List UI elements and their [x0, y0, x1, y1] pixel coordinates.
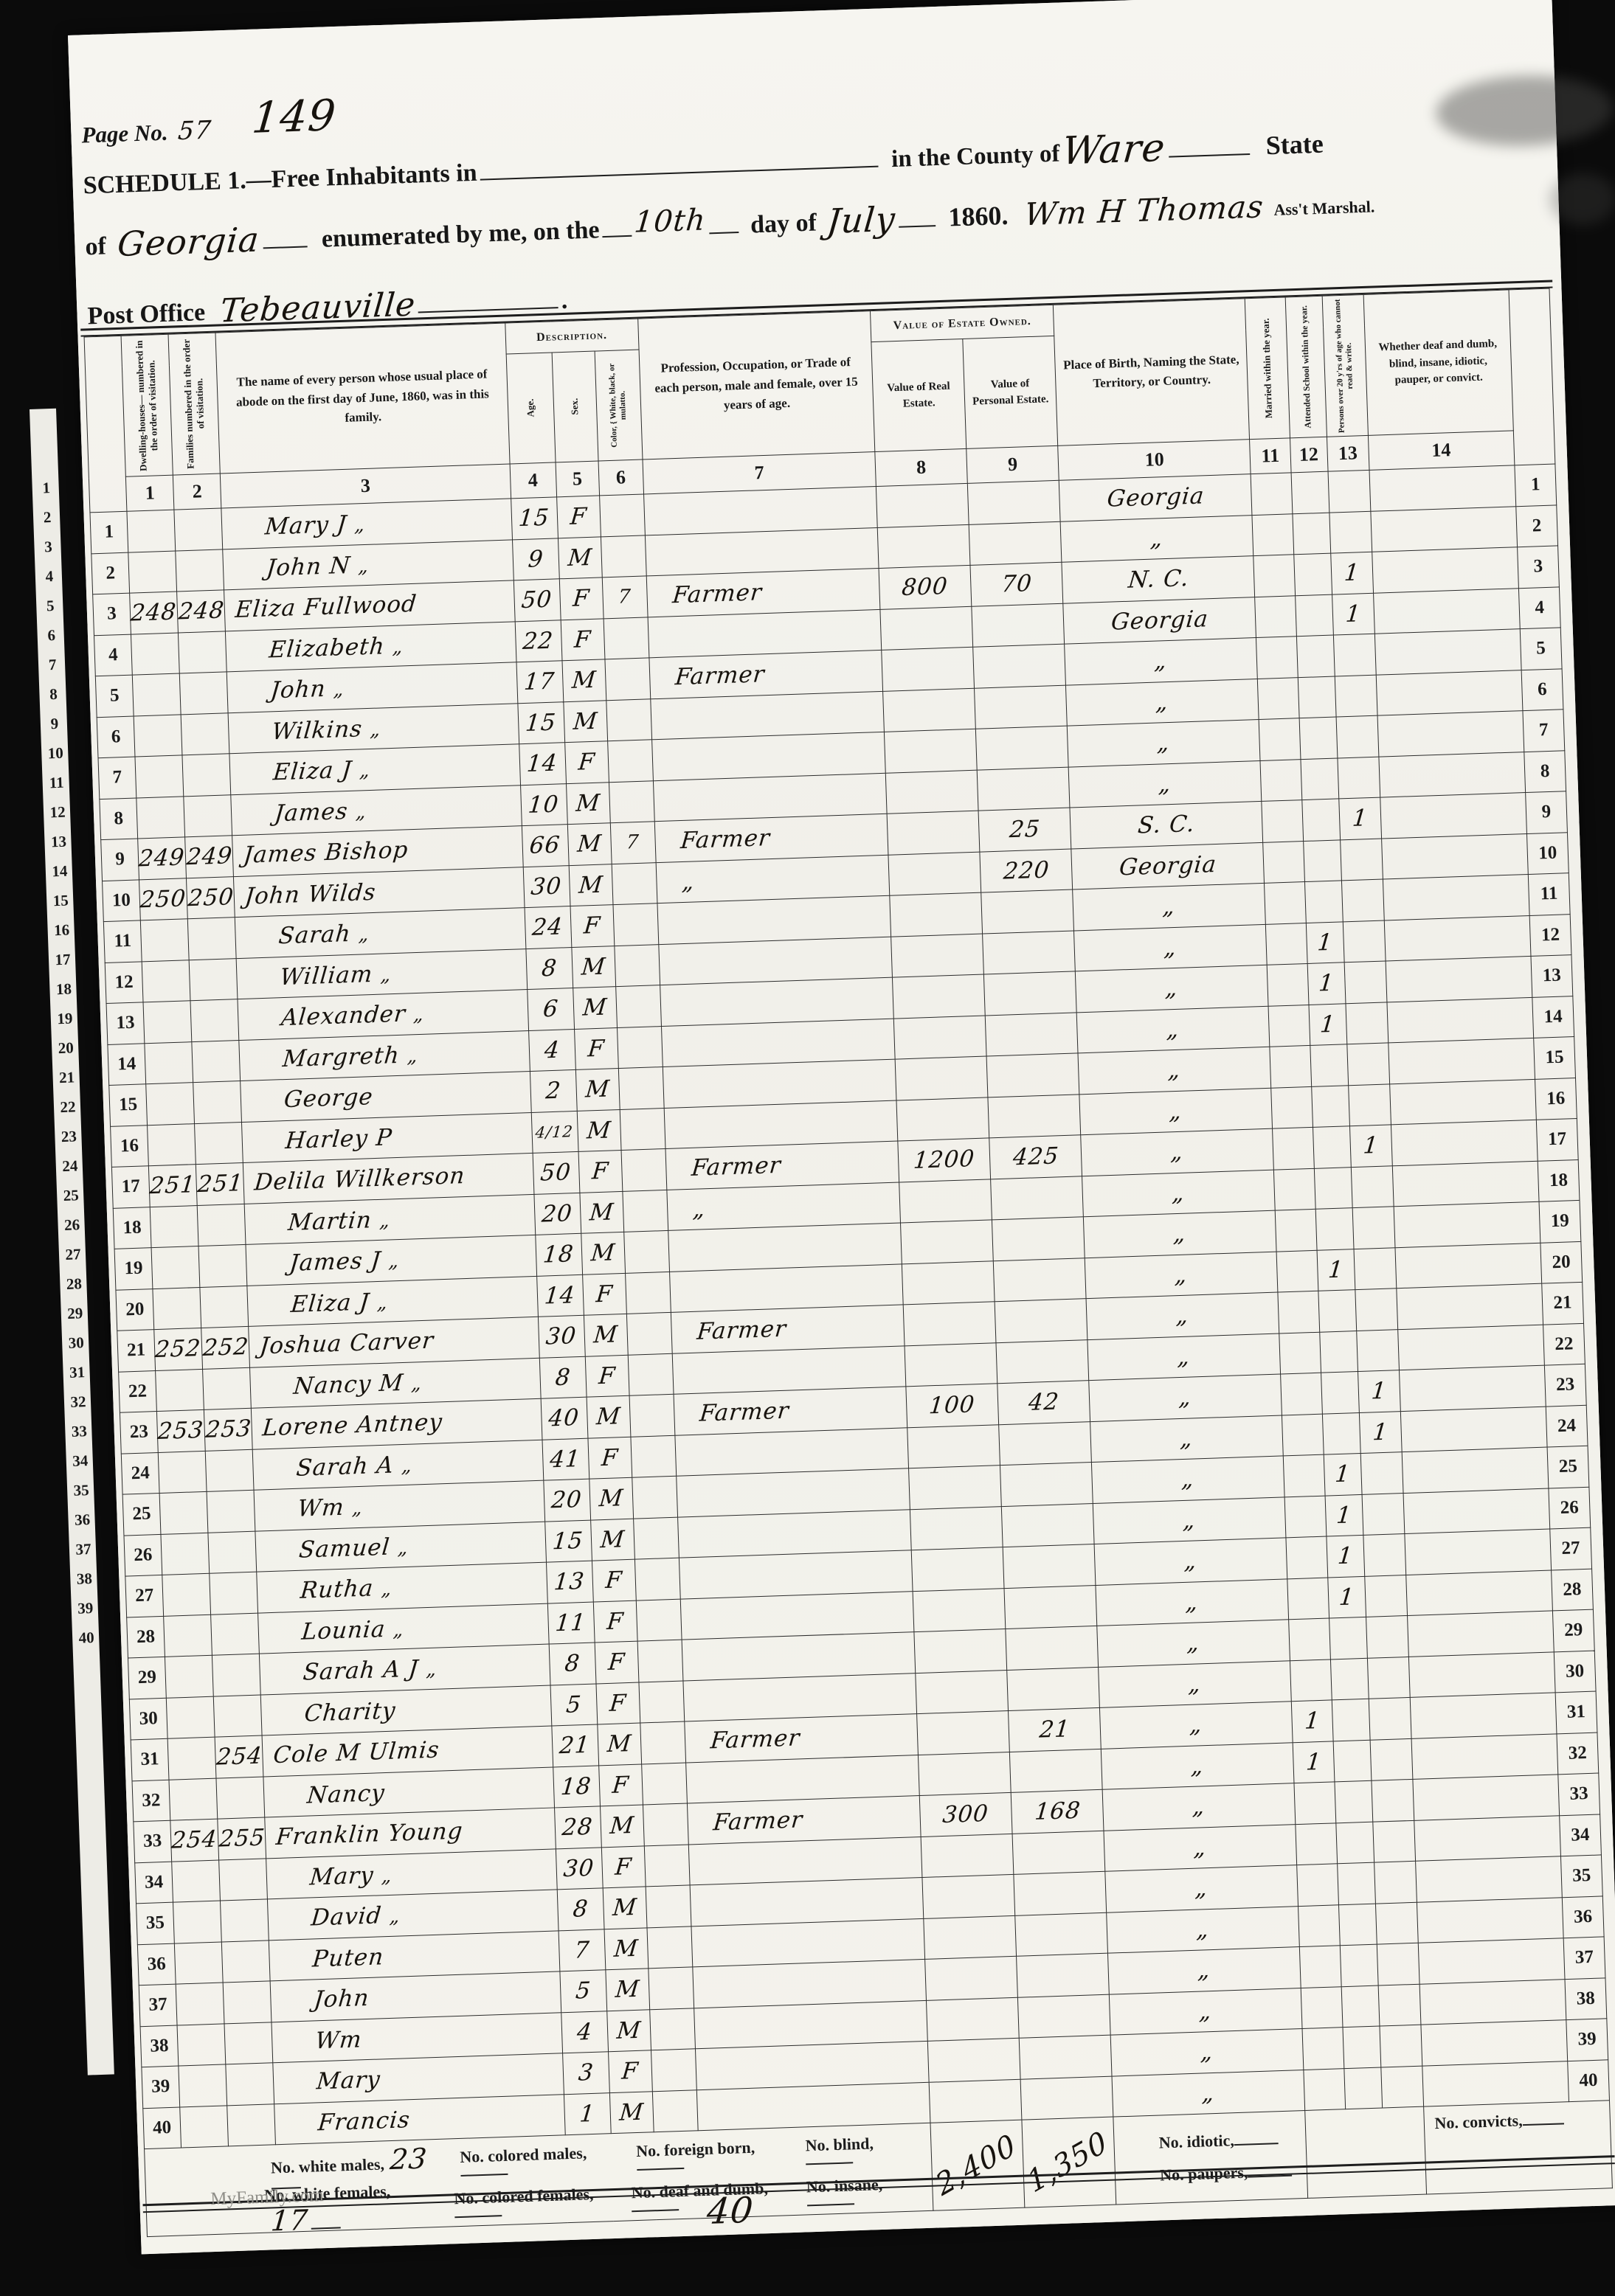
cell-age: 4 — [528, 1029, 575, 1072]
row-number-right: 15 — [1533, 1037, 1575, 1079]
cell-color: 7 — [610, 822, 656, 864]
row-number-left: 31 — [131, 1738, 169, 1780]
cell-family — [213, 1695, 262, 1738]
cell-sex: F — [578, 1150, 623, 1192]
cell-dwelling — [167, 1737, 216, 1780]
facing-row-number: 5 — [41, 597, 60, 616]
cell-attended-school — [1311, 1085, 1349, 1127]
facing-row-number: 34 — [70, 1452, 90, 1471]
column-number: 12 — [1290, 437, 1328, 473]
cell-cannot-read — [1355, 1289, 1397, 1331]
cell-cannot-read — [1354, 1247, 1397, 1289]
cell-color — [623, 1190, 668, 1232]
header-age: Age. — [506, 353, 556, 464]
cell-condition — [1373, 588, 1520, 634]
cell-age: 17 — [516, 661, 564, 704]
cell-family: 251 — [196, 1162, 244, 1205]
cell-real-estate — [883, 688, 976, 732]
cell-cannot-read — [1374, 1861, 1417, 1903]
census-page: Page No. 57 149 SCHEDULE 1.—Free Inhabit… — [68, 0, 1615, 2254]
cell-personal-estate — [973, 644, 1066, 688]
cell-real-estate — [896, 1097, 989, 1141]
cell-attended-school — [1340, 1944, 1378, 1986]
footer-idiotic-paupers: No. idiotic, No. paupers, — [1113, 2110, 1308, 2205]
cell-family — [198, 1244, 247, 1287]
cell-age: 22 — [515, 620, 562, 662]
cell-sex: M — [567, 823, 612, 865]
cell-color — [634, 1558, 680, 1600]
facing-row-number: 32 — [69, 1392, 89, 1412]
cell-dwelling — [134, 714, 182, 757]
cell-cannot-read — [1372, 1779, 1414, 1821]
row-number-left: 5 — [95, 675, 134, 717]
facing-row-number: 13 — [49, 833, 69, 852]
facing-row-number: 24 — [60, 1156, 80, 1176]
cell-dwelling — [143, 1001, 192, 1044]
cell-condition — [1397, 1325, 1544, 1370]
cell-condition — [1400, 1407, 1547, 1452]
facing-row-number: 14 — [49, 862, 69, 881]
cell-color — [617, 1026, 663, 1068]
cell-real-estate — [887, 811, 980, 855]
cell-age: 24 — [525, 906, 572, 949]
cell-sex: F — [561, 618, 605, 660]
cell-dwelling — [131, 632, 180, 675]
cell-sex: F — [564, 741, 609, 783]
cell-sex: M — [569, 864, 613, 906]
row-number-right: 39 — [1566, 2019, 1608, 2061]
facing-row-number: 36 — [72, 1511, 92, 1530]
cell-birthplace: „ — [1093, 1496, 1286, 1544]
cell-birthplace: „ — [1081, 1128, 1274, 1176]
cell-married-within-year — [1255, 595, 1296, 637]
header-condition: Whether deaf and dumb, blind, insane, id… — [1363, 290, 1513, 435]
cell-married-within-year — [1252, 513, 1293, 555]
cell-married-within-year — [1304, 2068, 1345, 2110]
cell-age: 15 — [544, 1520, 592, 1563]
cell-married-within-year — [1300, 1946, 1341, 1988]
cell-married-within-year — [1259, 718, 1301, 760]
cell-age: 11 — [547, 1602, 595, 1645]
facing-row-number: 38 — [75, 1570, 94, 1589]
facing-row-number: 37 — [74, 1540, 94, 1559]
facing-row-number: 7 — [43, 656, 63, 675]
row-number-left: 29 — [128, 1657, 166, 1699]
cell-dwelling — [180, 2105, 229, 2148]
cell-attended-school — [1335, 1822, 1374, 1864]
row-number-left: 8 — [100, 797, 138, 839]
cell-attended-school — [1321, 1372, 1359, 1414]
cell-cannot-read — [1352, 1207, 1395, 1249]
cell-condition — [1407, 1611, 1554, 1657]
cell-condition — [1379, 752, 1526, 797]
cell-condition — [1417, 1897, 1563, 1943]
county-label: in the County of — [891, 141, 1060, 173]
cell-sex: M — [604, 1927, 649, 1969]
row-number-left: 15 — [109, 1084, 148, 1126]
cell-family — [221, 1899, 269, 1942]
cell-dwelling: 254 — [170, 1819, 219, 1862]
column-number: 13 — [1327, 435, 1369, 471]
cell-personal-estate — [992, 1217, 1085, 1261]
cell-condition — [1419, 1979, 1566, 2025]
cell-age: 8 — [557, 1888, 604, 1931]
row-number-right: 30 — [1554, 1651, 1596, 1693]
cell-dwelling — [151, 1246, 200, 1289]
cell-personal-estate — [995, 1299, 1087, 1343]
cell-married-within-year — [1301, 1986, 1343, 2028]
facing-row-number: 22 — [58, 1097, 78, 1117]
cell-attended-school — [1292, 513, 1330, 555]
cell-family: 253 — [204, 1408, 252, 1451]
cell-cannot-read: 1 — [1332, 593, 1374, 635]
row-number-left: 12 — [105, 961, 143, 1003]
cell-dwelling — [176, 1983, 224, 2025]
cell-real-estate — [927, 2038, 1020, 2082]
header-school: Attended School within the year. — [1285, 296, 1327, 438]
cell-dwelling — [164, 1615, 212, 1657]
cell-color — [623, 1230, 669, 1272]
cell-cannot-read — [1363, 1534, 1405, 1576]
schedule-title: SCHEDULE 1.—Free Inhabitants in — [83, 159, 477, 200]
cell-age: 5 — [550, 1684, 598, 1727]
row-number-left: 18 — [113, 1207, 151, 1249]
cell-family: 255 — [218, 1817, 266, 1860]
cell-family — [203, 1367, 252, 1410]
row-number-left: 40 — [143, 2107, 181, 2149]
cell-color — [625, 1272, 671, 1314]
cell-birthplace: „ — [1082, 1170, 1276, 1217]
cell-real-estate — [884, 729, 977, 773]
cell-sex: F — [556, 496, 601, 538]
cell-real-estate — [926, 1997, 1019, 2042]
cell-attended-school — [1295, 594, 1333, 637]
marshal-title: Ass't Marshal. — [1273, 197, 1375, 219]
cell-personal-estate — [1009, 1749, 1102, 1793]
cell-sex: M — [579, 1191, 623, 1233]
header-left-numcol — [84, 336, 127, 513]
row-number-right: 17 — [1536, 1118, 1578, 1160]
footer-empty-cols — [1305, 2106, 1426, 2198]
cell-sex: M — [577, 1109, 621, 1151]
facing-row-number: 19 — [55, 1009, 75, 1028]
cell-color — [628, 1353, 674, 1395]
facing-row-number: 26 — [62, 1215, 82, 1235]
cell-real-estate — [910, 1506, 1003, 1550]
cell-family — [205, 1449, 254, 1492]
row-number-right: 20 — [1540, 1241, 1583, 1283]
row-number-right: 7 — [1523, 710, 1565, 752]
header-sex: Sex. — [552, 352, 598, 462]
cell-attended-school — [1296, 635, 1335, 677]
cell-personal-estate — [977, 767, 1070, 811]
row-number-right: 31 — [1555, 1691, 1597, 1733]
cell-dwelling — [179, 2064, 227, 2107]
cell-real-estate — [918, 1752, 1011, 1796]
cell-married-within-year — [1265, 882, 1306, 924]
cell-cannot-read — [1364, 1575, 1407, 1617]
column-number: 1 — [125, 475, 174, 511]
cell-sex: M — [600, 1805, 644, 1847]
cell-attended-school — [1301, 799, 1340, 841]
cell-age: 15 — [511, 497, 558, 540]
facing-row-number: 23 — [59, 1127, 79, 1146]
cell-age: 9 — [512, 538, 559, 580]
cell-birthplace: „ — [1097, 1620, 1290, 1667]
cell-age: 66 — [522, 825, 569, 867]
cell-real-estate — [914, 1629, 1007, 1674]
cell-married-within-year — [1268, 964, 1309, 1006]
cell-birthplace: „ — [1065, 638, 1258, 685]
cell-married-within-year — [1287, 1578, 1329, 1620]
cell-dwelling — [162, 1573, 211, 1616]
cell-birthplace: „ — [1087, 1333, 1281, 1381]
footer-tally-item: No. blind, — [805, 2133, 906, 2168]
cell-sex: F — [592, 1559, 636, 1601]
cell-birthplace: „ — [1066, 679, 1259, 726]
cell-color — [612, 862, 657, 904]
cell-family: 252 — [201, 1326, 250, 1369]
cell-married-within-year — [1290, 1659, 1332, 1701]
cell-real-estate: 100 — [906, 1384, 999, 1428]
cell-age: 4/12 — [531, 1111, 578, 1154]
cell-real-estate — [899, 1179, 992, 1223]
cell-color — [613, 904, 659, 946]
cell-married-within-year — [1282, 1414, 1324, 1456]
cell-attended-school: 1 — [1325, 1494, 1363, 1536]
footer-personal-estate-total: 1,350 — [1022, 2117, 1116, 2207]
row-number-right: 9 — [1525, 791, 1567, 833]
cell-real-estate — [917, 1710, 1010, 1755]
cell-condition — [1377, 711, 1524, 757]
cell-married-within-year — [1256, 637, 1298, 679]
cell-cannot-read — [1380, 2025, 1422, 2067]
cell-married-within-year — [1270, 1045, 1311, 1087]
cell-age: 10 — [520, 783, 567, 826]
cell-dwelling — [140, 919, 189, 962]
row-number-right: 37 — [1563, 1937, 1605, 1979]
cell-cannot-read — [1380, 2066, 1423, 2108]
cell-real-estate — [893, 1016, 986, 1060]
cell-cannot-read — [1337, 757, 1380, 799]
cell-married-within-year — [1266, 923, 1307, 965]
cell-birthplace: „ — [1092, 1456, 1285, 1503]
cell-cannot-read — [1366, 1615, 1408, 1657]
cell-real-estate — [925, 1956, 1018, 2000]
facing-row-number: 1 — [36, 479, 56, 498]
cell-color — [632, 1476, 677, 1518]
cell-color — [641, 1763, 687, 1805]
cell-married-within-year — [1251, 473, 1293, 515]
cell-cannot-read — [1367, 1657, 1410, 1699]
row-number-left: 10 — [103, 879, 141, 921]
cell-birthplace: Georgia — [1071, 842, 1265, 889]
cell-birthplace: „ — [1110, 1988, 1303, 2035]
cell-dwelling — [166, 1696, 215, 1739]
row-number-left: 21 — [117, 1330, 156, 1372]
cell-attended-school: 1 — [1309, 1003, 1347, 1045]
row-number-right: 26 — [1549, 1487, 1591, 1529]
cell-sex: F — [598, 1764, 643, 1806]
cell-attended-school — [1318, 1290, 1356, 1332]
cell-birthplace: „ — [1090, 1415, 1284, 1462]
cell-personal-estate — [1015, 1912, 1108, 1957]
cell-condition — [1386, 956, 1532, 1002]
cell-sex: F — [570, 905, 615, 947]
cell-sex: F — [574, 1027, 618, 1069]
facing-row-number: 40 — [77, 1629, 97, 1648]
cell-sex: F — [588, 1437, 632, 1479]
table-body: 1Mary J „15FGeorgia12John N „9M„23248248… — [90, 464, 1610, 2149]
of-label: of — [85, 232, 107, 260]
cell-sex: F — [608, 2050, 652, 2092]
cell-sex: M — [575, 1069, 620, 1111]
cell-married-within-year — [1289, 1618, 1330, 1660]
cell-cannot-read — [1333, 634, 1376, 676]
cell-condition — [1396, 1283, 1543, 1329]
cell-family — [223, 1981, 272, 2024]
cell-personal-estate: 21 — [1009, 1707, 1102, 1752]
cell-real-estate — [891, 934, 984, 978]
cell-age: 14 — [519, 743, 566, 785]
cell-dwelling — [142, 960, 190, 1002]
cell-color — [620, 1108, 665, 1150]
row-number-left: 19 — [114, 1248, 153, 1290]
cell-family — [176, 549, 224, 592]
cell-real-estate — [892, 974, 985, 1019]
cell-real-estate — [929, 2079, 1022, 2123]
cell-color — [626, 1312, 672, 1354]
cell-color — [647, 1926, 693, 1968]
cell-family — [179, 672, 228, 715]
cell-dwelling — [173, 1901, 222, 1943]
row-number-left: 7 — [98, 757, 136, 799]
cell-cannot-read: 1 — [1358, 1370, 1400, 1412]
header-dwelling: Dwelling-houses— numbered in the order o… — [121, 334, 173, 476]
row-number-left: 1 — [90, 511, 128, 553]
header-personal-estate: Value of Personal Estate. — [963, 336, 1058, 449]
cell-condition — [1384, 915, 1531, 961]
row-number-right: 12 — [1529, 914, 1571, 956]
cell-sex: M — [589, 1477, 633, 1519]
row-number-left: 25 — [122, 1493, 161, 1535]
row-number-right: 4 — [1518, 586, 1560, 628]
cell-attended-school — [1332, 1699, 1370, 1741]
cell-birthplace: „ — [1060, 515, 1253, 562]
cell-dwelling: 251 — [148, 1165, 197, 1207]
cell-color — [614, 944, 660, 986]
cell-dwelling — [135, 755, 184, 798]
cell-married-within-year — [1253, 555, 1295, 597]
cell-color — [639, 1681, 685, 1723]
row-number-left: 2 — [91, 552, 130, 594]
cell-sex: F — [559, 578, 604, 620]
header-cannot-read: Persons over 20 y'rs of age who cannot r… — [1322, 294, 1368, 437]
state-value: Georgia — [116, 219, 261, 264]
cell-family — [193, 1081, 242, 1124]
row-number-right: 19 — [1539, 1200, 1581, 1242]
cell-dwelling: 248 — [130, 592, 179, 634]
header-description-group: Description. — [505, 319, 638, 354]
cell-age: 5 — [559, 1970, 606, 2013]
cell-real-estate — [916, 1670, 1009, 1714]
cell-dwelling — [150, 1205, 198, 1248]
header-family: Families numbered in the order of visita… — [168, 333, 220, 475]
cell-color — [648, 1967, 694, 2009]
row-number-right: 35 — [1560, 1855, 1602, 1897]
cell-cannot-read: 1 — [1330, 552, 1373, 594]
facing-row-number: 11 — [46, 774, 66, 793]
cell-birthplace: „ — [1102, 1783, 1296, 1831]
cell-age: 3 — [562, 2052, 609, 2095]
cell-dwelling — [169, 1778, 218, 1821]
row-number-right: 24 — [1546, 1405, 1588, 1447]
cell-married-within-year — [1273, 1127, 1314, 1169]
facing-row-number: 15 — [51, 891, 71, 910]
cell-sex: M — [584, 1314, 628, 1356]
cell-personal-estate — [986, 1053, 1079, 1097]
cell-family — [195, 1122, 243, 1165]
cell-real-estate — [876, 483, 969, 527]
census-table: Dwelling-houses— numbered in the order o… — [84, 288, 1613, 2237]
county-value: Ware — [1061, 126, 1168, 174]
row-number-right: 23 — [1544, 1364, 1586, 1406]
cell-sex: M — [606, 2009, 651, 2051]
cell-attended-school — [1300, 757, 1338, 800]
cell-family — [197, 1204, 246, 1246]
cell-personal-estate: 70 — [970, 562, 1063, 606]
row-number-left: 28 — [127, 1616, 165, 1658]
cell-family — [200, 1286, 249, 1328]
header-occupation: Profession, Occupation, or Trade of each… — [637, 311, 874, 459]
header-name: The name of every person whose usual pla… — [215, 323, 509, 474]
facing-row-number: 8 — [44, 685, 63, 704]
cell-real-estate — [901, 1220, 994, 1264]
cell-color — [633, 1517, 679, 1559]
cell-cannot-read: 1 — [1338, 797, 1381, 839]
cell-married-within-year — [1271, 1086, 1313, 1128]
cell-age: 50 — [533, 1151, 580, 1194]
cell-cannot-read — [1369, 1697, 1411, 1739]
cell-attended-school — [1343, 2026, 1381, 2068]
cell-married-within-year — [1296, 1822, 1337, 1865]
cell-family — [190, 999, 239, 1042]
cell-age: 8 — [539, 1356, 587, 1399]
cell-attended-school — [1293, 553, 1332, 595]
cell-real-estate: 800 — [879, 565, 972, 609]
cell-condition — [1388, 1038, 1535, 1083]
cell-married-within-year — [1285, 1496, 1327, 1538]
row-number-right: 3 — [1517, 546, 1559, 588]
cell-dwelling: 249 — [138, 837, 187, 880]
cell-color — [621, 1148, 667, 1190]
cell-personal-estate: 42 — [997, 1381, 1090, 1425]
facing-row-number: 39 — [75, 1599, 95, 1618]
row-number-left: 11 — [103, 920, 142, 963]
facing-row-number: 12 — [48, 803, 68, 822]
row-number-right: 22 — [1543, 1323, 1585, 1365]
cell-real-estate — [895, 1056, 988, 1100]
cell-color — [607, 740, 653, 782]
cell-family — [212, 1654, 261, 1696]
cell-condition — [1414, 1815, 1560, 1861]
cell-attended-school — [1333, 1740, 1372, 1782]
row-number-left: 9 — [101, 839, 139, 881]
cell-birthplace: „ — [1079, 1088, 1273, 1135]
cell-personal-estate — [988, 1094, 1081, 1138]
cell-color — [637, 1640, 683, 1682]
cell-real-estate — [885, 770, 978, 814]
